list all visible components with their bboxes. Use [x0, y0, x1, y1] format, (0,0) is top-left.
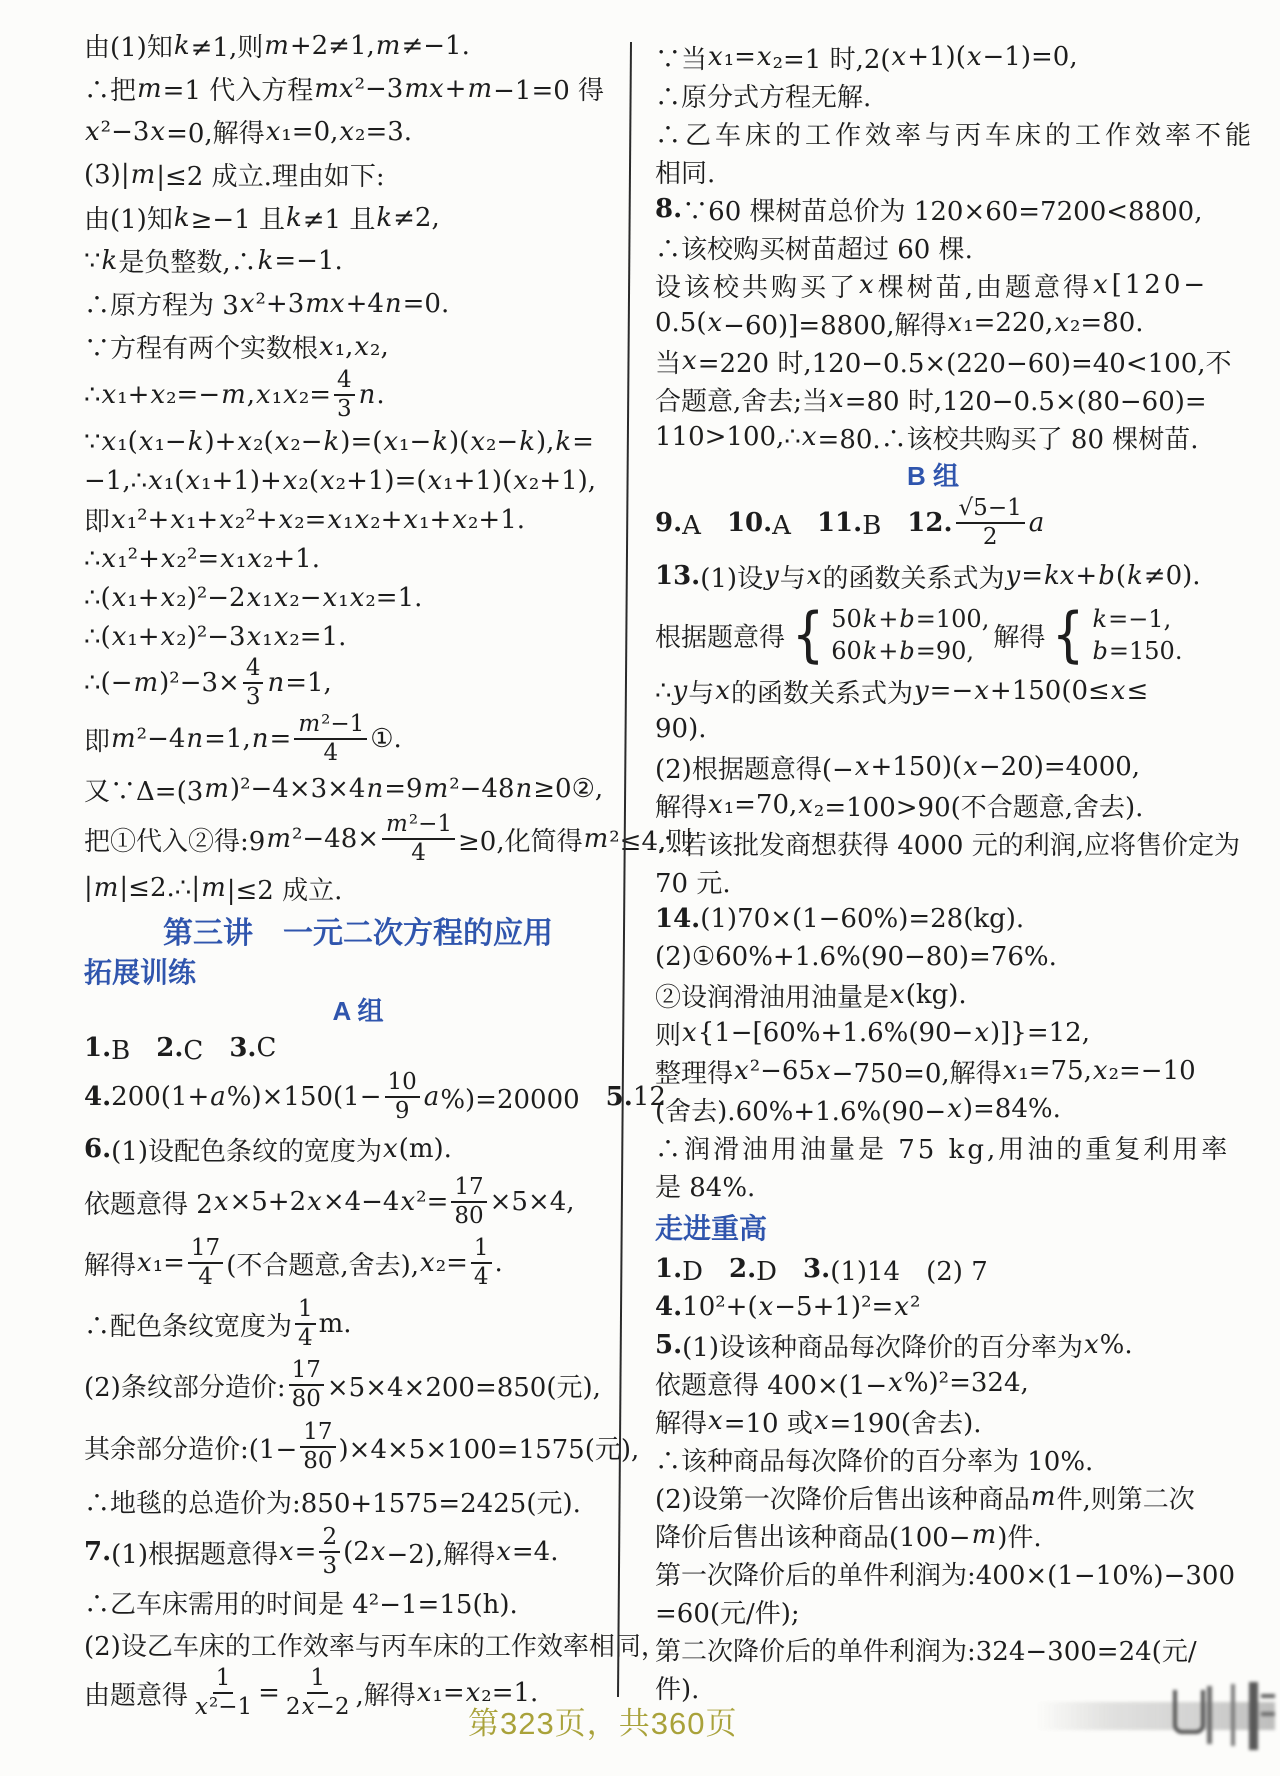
- section-heading: A 组: [84, 990, 632, 1028]
- solution-line: (舍去).60%+1.6%(90−x)=84%.: [655, 1090, 1211, 1128]
- section-heading: 拓展训练: [84, 952, 632, 990]
- problem-number: 4.: [655, 1292, 682, 1322]
- num: 1: [295, 1296, 316, 1325]
- solution-line: (2)根据题意得(−x+150)(x−20)=4000,: [655, 748, 1211, 786]
- den: 3: [243, 684, 264, 711]
- solution-line: ∴地毯的总造价为:850+1575=2425(元).: [84, 1478, 632, 1524]
- solution-line: ②设润滑油用油量是 x(kg).: [655, 976, 1211, 1014]
- den: 80: [451, 1203, 486, 1230]
- right-column: ∵当 x₁=x₂=1 时,2(x+1)(x−1)=0,∴原分式方程无解.∴乙车床…: [655, 0, 1211, 1706]
- problem-number: 14.: [655, 904, 700, 934]
- solution-line: ∵当 x₁=x₂=1 时,2(x+1)(x−1)=0,: [655, 38, 1211, 76]
- solution-line: (2)设乙车床的工作效率与丙车床的工作效率相同，: [84, 1624, 632, 1664]
- solution-line: 13. (1)设 y 与 x 的函数关系式为 y=kx+b(k≠0).: [655, 554, 1211, 598]
- solution-line: 把①代入②得:9m²−48×m²−14≥0,化简得 m²≤4,则: [84, 810, 632, 868]
- solution-line: 9. A 10. A 11. B 12. √5−12a: [655, 492, 1211, 554]
- solution-line: ∴原方程为 3x²+3mx+4n=0.: [84, 282, 632, 325]
- solution-line: 依题意得 400×(1−x%)²=324,: [655, 1364, 1211, 1402]
- solution-line: ∴乙车床需用的时间是 4²−1=15(h).: [84, 1580, 632, 1624]
- solution-line: ∴y 与 x 的函数关系式为 y=−x+150(0≤x≤: [655, 672, 1211, 710]
- den: 4: [320, 740, 341, 767]
- fraction: 14: [471, 1235, 492, 1291]
- fraction: 109: [385, 1069, 420, 1125]
- solution-line: 90).: [655, 710, 1211, 748]
- problem-number: 2.: [156, 1033, 183, 1063]
- scan-bar: [1207, 1686, 1212, 1744]
- problem-number: 10.: [727, 508, 772, 538]
- num: 1: [213, 1665, 234, 1694]
- solution-line: (3)|m|≤2 成立.理由如下:: [84, 153, 632, 196]
- scan-smudge-band: [1035, 1702, 1275, 1730]
- problem-number: 1.: [84, 1033, 111, 1063]
- den: 9: [392, 1098, 413, 1125]
- den: x²−1: [191, 1694, 255, 1721]
- solution-line: 第一次降价后的单件利润为:400×(1−10%)−300: [655, 1554, 1211, 1592]
- solution-line: 8. ∵60 棵树苗总价为 120×60=7200<8800,: [655, 190, 1211, 228]
- problem-number: 5.: [655, 1330, 682, 1360]
- problem-number: 1.: [655, 1254, 682, 1284]
- crow: k=−1,: [1092, 606, 1183, 632]
- solution-line: 由(1)知 k≥−1 且 k≠1 且 k≠2,: [84, 196, 632, 239]
- solution-line: 根据题意得 {50k+b=100,60k+b=90, 解得 {k=−1,b=15…: [655, 598, 1211, 672]
- fraction: 14: [295, 1296, 316, 1352]
- solution-line: 110>100,∴x=80.∴该校共购买了 80 棵树苗.: [655, 418, 1211, 456]
- crow: 60k+b=90,: [831, 638, 989, 664]
- num: 10: [385, 1069, 420, 1098]
- crow: b=150.: [1092, 638, 1183, 664]
- solution-line: ∴把 m=1 代入方程 mx²−3mx+m−1=0 得: [84, 67, 632, 110]
- solution-line: 6. (1)设配色条纹的宽度为 x(m).: [84, 1126, 632, 1172]
- solution-line: ∴若该批发商想获得 4000 元的利润,应将售价定为: [655, 824, 1211, 862]
- cases: {50k+b=100,60k+b=90,: [789, 606, 989, 665]
- rows: k=−1,b=150.: [1092, 606, 1183, 665]
- fraction: m²−14: [382, 811, 455, 867]
- problem-number: 9.: [655, 508, 682, 538]
- solution-line: 0.5(x−60)]=8800,解得 x₁=220,x₂=80.: [655, 304, 1211, 342]
- solution-line: ∵方程有两个实数根 x₁,x₂,: [84, 325, 632, 368]
- problem-number: 3.: [229, 1033, 256, 1063]
- den: 80: [289, 1386, 324, 1413]
- fraction: 43: [243, 655, 264, 711]
- problem-number: 6.: [84, 1134, 111, 1164]
- fraction: 1780: [289, 1357, 324, 1413]
- fraction: 1780: [300, 1419, 335, 1475]
- den: 3: [319, 1553, 340, 1580]
- solution-line: 又∵Δ=(3m)²−4×3×4n=9m²−48n≥0②,: [84, 768, 632, 810]
- fraction: 23: [319, 1524, 340, 1580]
- solution-line: 4. 10²+(x−5+1)²=x²: [655, 1288, 1211, 1326]
- scan-bar: [1249, 1682, 1258, 1750]
- solution-line: 当 x=220 时,120−0.5×(220−60)=40<100,不: [655, 342, 1211, 380]
- scanned-answer-page: { "page": { "kind": "math workbook answe…: [0, 0, 1280, 1776]
- fraction: 43: [334, 367, 355, 423]
- problem-number: 12.: [907, 508, 952, 538]
- solution-line: 即 m²−4n=1,n=m²−14①.: [84, 710, 632, 768]
- solution-line: 是 84%.: [655, 1166, 1211, 1204]
- num: m²−1: [382, 811, 455, 840]
- brace: {: [792, 611, 824, 659]
- num: 17: [300, 1419, 335, 1448]
- scan-u-mark: [1173, 1690, 1205, 1734]
- solution-line: 70 元.: [655, 862, 1211, 900]
- num: 17: [289, 1357, 324, 1386]
- den: 4: [408, 840, 429, 867]
- fraction: m²−14: [294, 711, 367, 767]
- problem-number: 5.: [606, 1082, 633, 1112]
- solution-line: ∵x₁(x₁−k)+x₂(x₂−k)=(x₁−k)(x₂−k),k=: [84, 422, 632, 461]
- solution-line: −1,∴x₁(x₁+1)+x₂(x₂+1)=(x₁+1)(x₂+1),: [84, 461, 632, 500]
- crow: 50k+b=100,: [831, 606, 989, 632]
- den: 80: [300, 1448, 335, 1475]
- solution-line: x²−3x=0,解得 x₁=0,x₂=3.: [84, 110, 632, 153]
- solution-line: ∴该校购买树苗超过 60 棵.: [655, 228, 1211, 266]
- solution-line: 解得 x₁=174(不合题意,舍去),x₂=14.: [84, 1232, 632, 1294]
- solution-line: ∴该种商品每次降价的百分率为 10%.: [655, 1440, 1211, 1478]
- solution-line: 整理得 x²−65x−750=0,解得 x₁=75,x₂=−10: [655, 1052, 1211, 1090]
- solution-line: (2)设第一次降价后售出该种商品 m 件,则第二次: [655, 1478, 1211, 1516]
- solution-line: ∴润滑油用油量是 75 kg,用油的重复利用率: [655, 1128, 1211, 1166]
- solution-line: =60(元/件);: [655, 1592, 1211, 1630]
- num: 1: [471, 1235, 492, 1264]
- solution-line: 解得 x₁=70,x₂=100>90(不合题意,舍去).: [655, 786, 1211, 824]
- solution-line: (2)条纹部分造价:1780×5×4×200=850(元),: [84, 1354, 632, 1416]
- scan-dash: [1261, 1712, 1275, 1716]
- problem-number: 8.: [655, 194, 682, 224]
- solution-line: ∴x₁²+x₂²=x₁x₂+1.: [84, 539, 632, 578]
- scan-artifact: [1035, 1682, 1275, 1772]
- solution-line: 4. 200(1+a%)×150(1−109a%)=20000 5. 12: [84, 1068, 632, 1126]
- num: m²−1: [294, 711, 367, 740]
- solution-line: 由(1)知 k≠1,则 m+2≠1,m≠−1.: [84, 24, 632, 67]
- solution-line: 1. D 2. D 3. (1)14 (2) 7: [655, 1250, 1211, 1288]
- solution-line: 14. (1)70×(1−60%)=28(kg).: [655, 900, 1211, 938]
- fraction: 1780: [451, 1174, 486, 1230]
- num: 4: [334, 367, 355, 396]
- solution-line: 其余部分造价:(1−1780)×4×5×100=1575(元),: [84, 1416, 632, 1478]
- scan-dash: [1261, 1694, 1275, 1698]
- problem-number: 11.: [817, 508, 862, 538]
- solution-line: ∵k 是负整数,∴k=−1.: [84, 239, 632, 282]
- problem-number: 13.: [655, 561, 700, 591]
- fraction: 1x²−1: [191, 1665, 255, 1721]
- num: 17: [451, 1174, 486, 1203]
- solution-line: 解得 x=10 或 x=190(舍去).: [655, 1402, 1211, 1440]
- solution-line: ∴(x₁+x₂)²−3x₁x₂=1.: [84, 617, 632, 656]
- solution-line: 降价后售出该种商品(100−m)件.: [655, 1516, 1211, 1554]
- solution-line: 相同.: [655, 152, 1211, 190]
- solution-line: 则 x{1−[60%+1.6%(90−x)]}=12,: [655, 1014, 1211, 1052]
- left-column: 由(1)知 k≠1,则 m+2≠1,m≠−1.∴把 m=1 代入方程 mx²−3…: [84, 0, 632, 1722]
- num: √5−1: [956, 495, 1025, 524]
- cases: {k=−1,b=150.: [1049, 606, 1182, 665]
- solution-line: 7. (1)根据题意得 x=23(2x−2),解得 x=4.: [84, 1524, 632, 1580]
- den: 2: [980, 524, 1001, 551]
- fraction: √5−12: [956, 495, 1025, 551]
- solution-line: ∴乙车床的工作效率与丙车床的工作效率不能: [655, 114, 1211, 152]
- solution-line: 依题意得 2x×5+2x×4−4x²=1780×5×4,: [84, 1172, 632, 1232]
- solution-line: 1. B 2. C 3. C: [84, 1028, 632, 1068]
- brace: {: [1052, 611, 1084, 659]
- solution-line: ∴配色条纹宽度为 14 m.: [84, 1294, 632, 1354]
- problem-number: 4.: [84, 1082, 111, 1112]
- solution-line: (2)①60%+1.6%(90−80)=76%.: [655, 938, 1211, 976]
- den: 4: [295, 1325, 316, 1352]
- solution-line: 设该校共购买了 x 棵树苗,由题意得 x[120−: [655, 266, 1211, 304]
- fraction: 174: [188, 1235, 223, 1291]
- problem-number: 2.: [729, 1254, 756, 1284]
- section-heading: 第三讲 一元二次方程的应用: [84, 908, 632, 952]
- solution-line: 第二次降价后的单件利润为:324−300=24(元/: [655, 1630, 1211, 1668]
- solution-line: ∴原分式方程无解.: [655, 76, 1211, 114]
- problem-number: 3.: [803, 1254, 830, 1284]
- den: 4: [471, 1264, 492, 1291]
- solution-line: |m|≤2.∴|m|≤2 成立.: [84, 868, 632, 908]
- den: 2x−2: [283, 1694, 353, 1721]
- den: 3: [334, 396, 355, 423]
- num: 17: [188, 1235, 223, 1264]
- num: 4: [243, 655, 264, 684]
- problem-number: 7.: [84, 1537, 111, 1567]
- fraction: 12x−2: [283, 1665, 353, 1721]
- solution-line: 合题意,舍去;当 x=80 时,120−0.5×(80−60)=: [655, 380, 1211, 418]
- section-heading: 走进重高: [655, 1204, 1211, 1250]
- section-heading: B 组: [655, 456, 1211, 492]
- solution-line: 5. (1)设该种商品每次降价的百分率为 x%.: [655, 1326, 1211, 1364]
- solution-line: ∴(x₁+x₂)²−2x₁x₂−x₁x₂=1.: [84, 578, 632, 617]
- solution-line: 即 x₁²+x₁+x₂²+x₂=x₁x₂+x₁+x₂+1.: [84, 500, 632, 539]
- num: 1: [307, 1665, 328, 1694]
- scan-bar: [1231, 1684, 1235, 1746]
- solution-line: ∴(−m)²−3×43n=1,: [84, 656, 632, 710]
- num: 2: [319, 1524, 340, 1553]
- solution-line: ∴x₁+x₂=−m,x₁x₂=43n.: [84, 368, 632, 422]
- den: 4: [195, 1264, 216, 1291]
- rows: 50k+b=100,60k+b=90,: [831, 606, 989, 665]
- page-footer: 第323页，共360页: [468, 1698, 737, 1743]
